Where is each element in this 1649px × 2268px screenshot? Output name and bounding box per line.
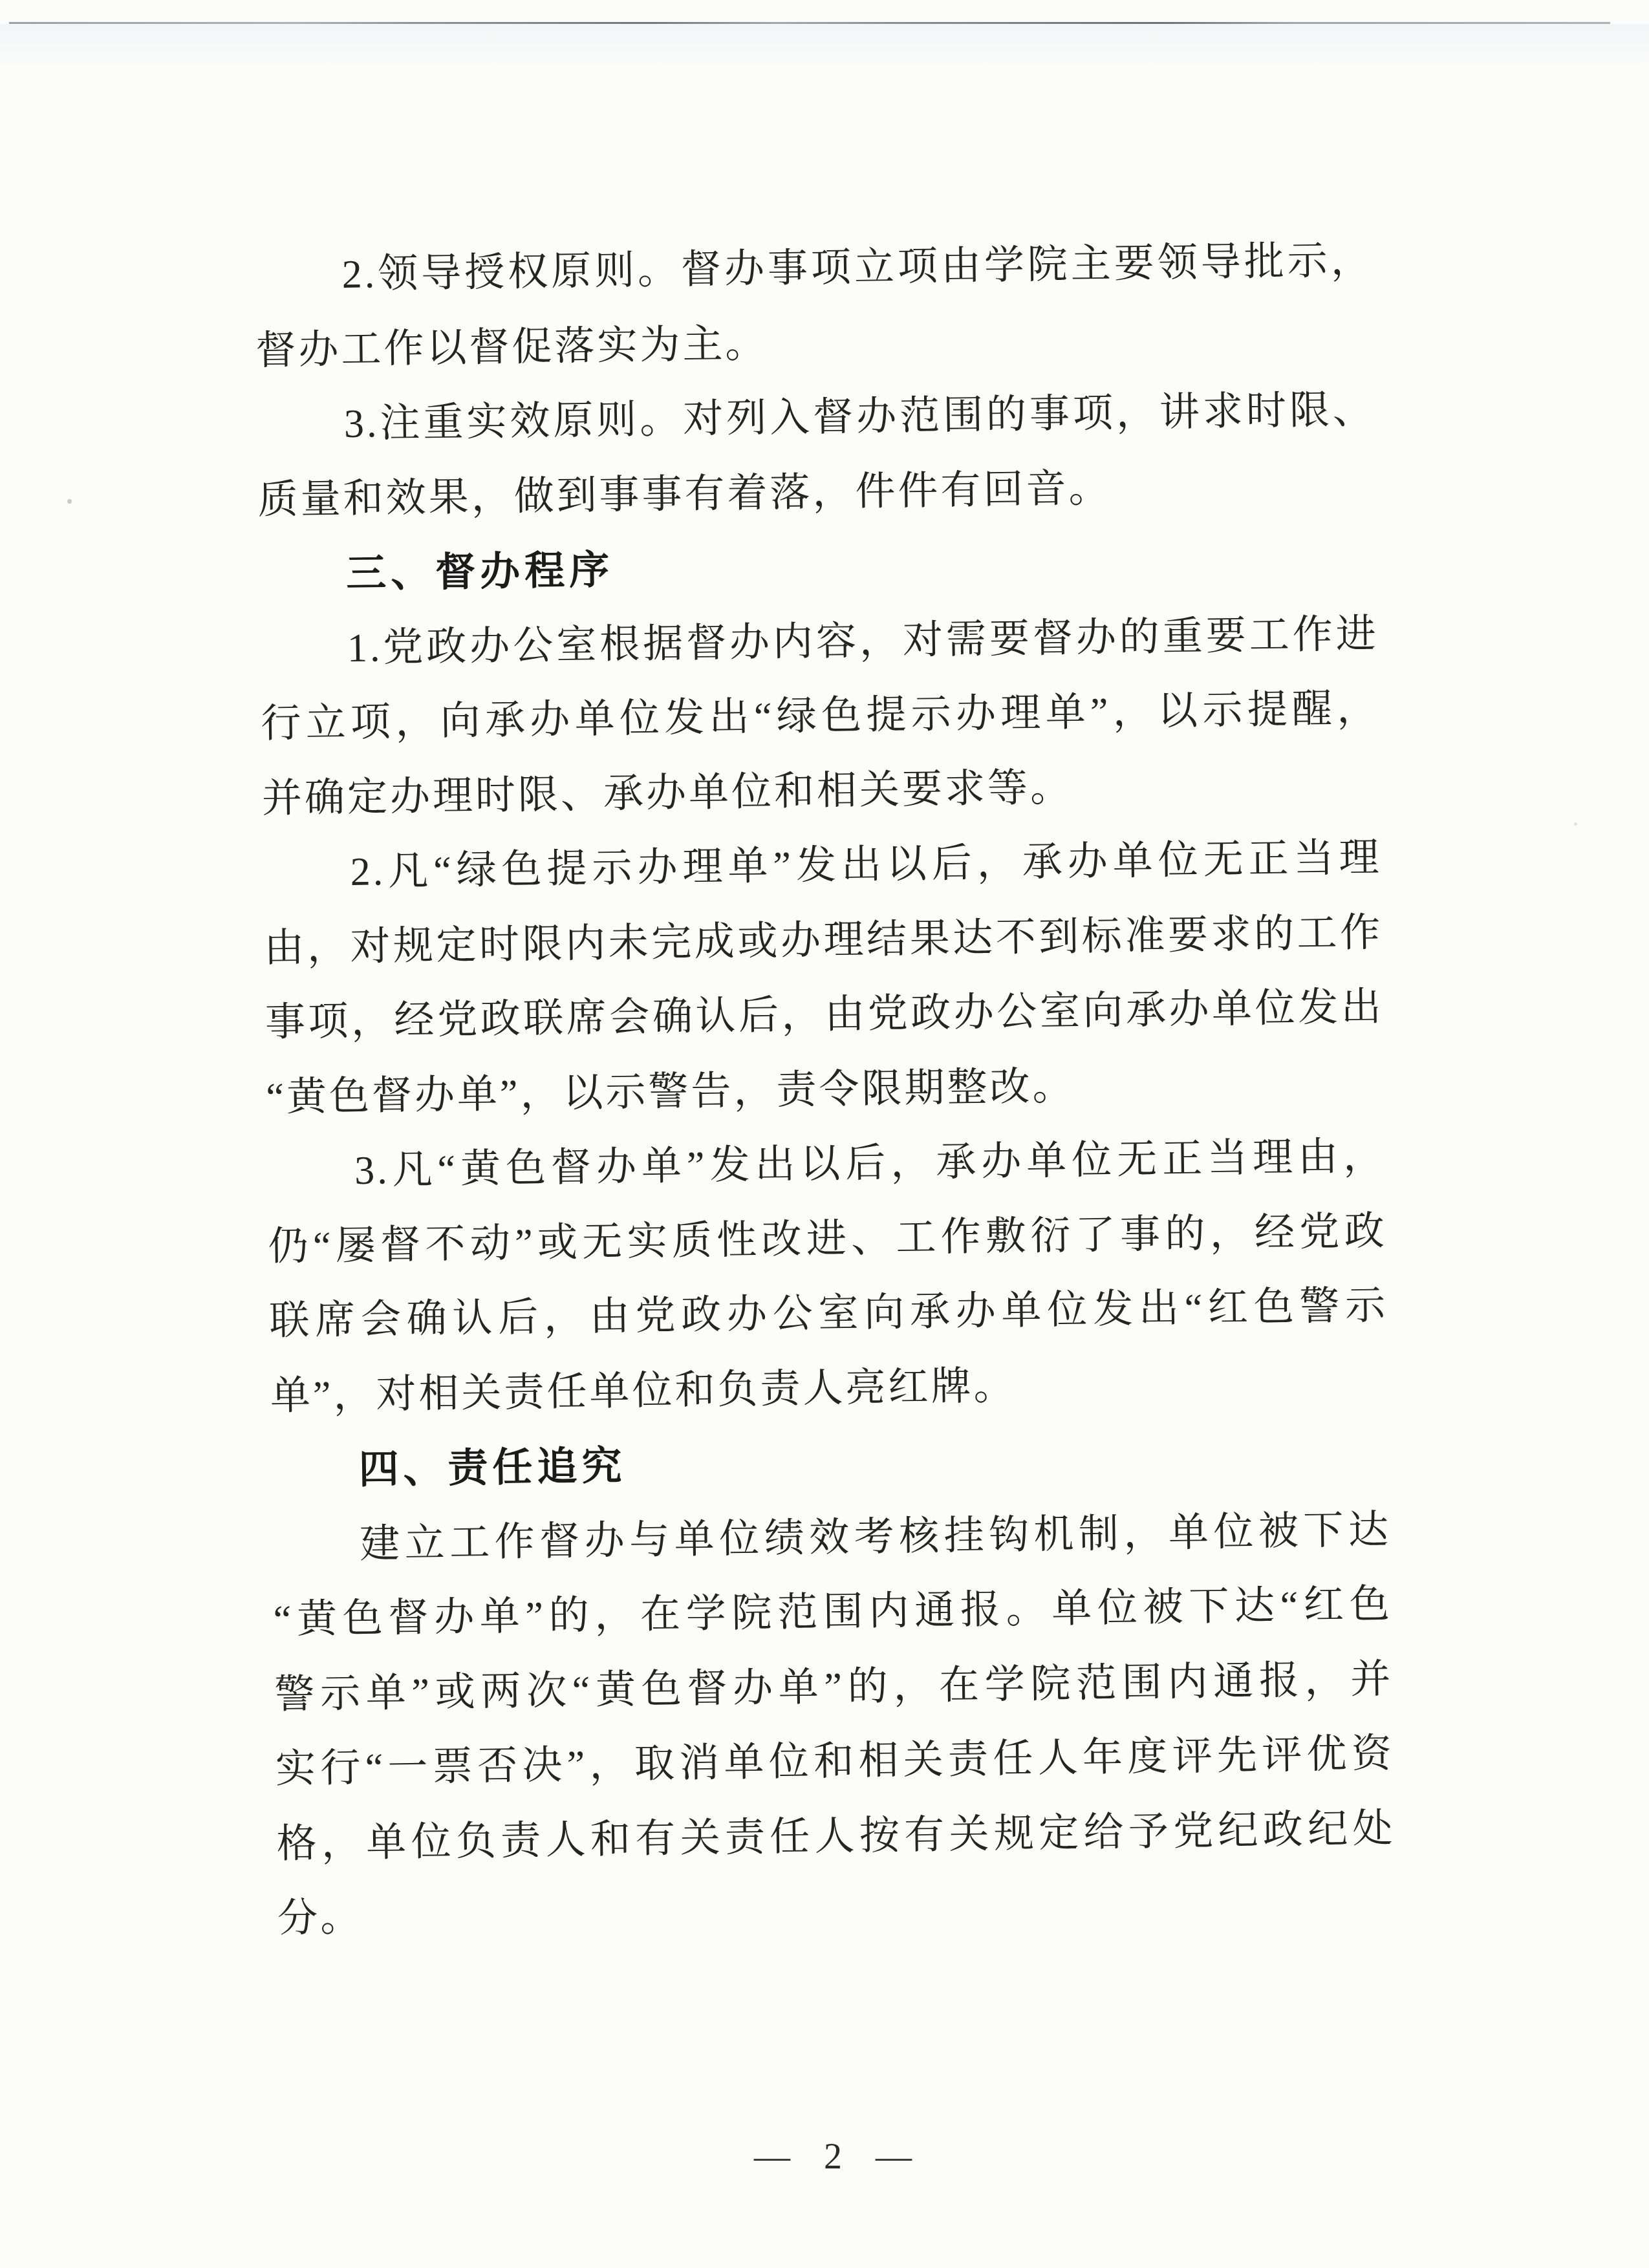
text-line: 联席会确认后，由党政办公室向承办单位发出“红色警示 xyxy=(269,1269,1388,1360)
scan-artifact-wash xyxy=(0,24,1649,69)
text-line: 3.注重实效原则。对列入督办范围的事项，讲求时限、 xyxy=(256,373,1375,464)
page-number: — 2 — xyxy=(754,2137,920,2177)
text-line: 2.领导授权原则。督办事项立项由学院主要领导批示， xyxy=(254,224,1374,314)
text-line: 分。 xyxy=(277,1867,1396,1957)
scan-speck xyxy=(1574,822,1577,826)
text-line: 格，单位负责人和有关责任人按有关规定给予党纪政纪处 xyxy=(276,1792,1396,1882)
document-page: 2.领导授权原则。督办事项立项由学院主要领导批示，督办工作以督促落实为主。3.注… xyxy=(0,0,1649,2268)
scan-speck xyxy=(67,499,72,504)
page-footer: — 2 — xyxy=(0,2131,1649,2183)
text-line: 行立项，向承办单位发出“绿色提示办理单”，以示提醒， xyxy=(261,672,1380,762)
document-body: 2.领导授权原则。督办事项立项由学院主要领导批示，督办工作以督促落实为主。3.注… xyxy=(254,224,1397,1956)
text-line: 事项，经党政联席会确认后，由党政办公室向承办单位发出 xyxy=(264,970,1384,1061)
